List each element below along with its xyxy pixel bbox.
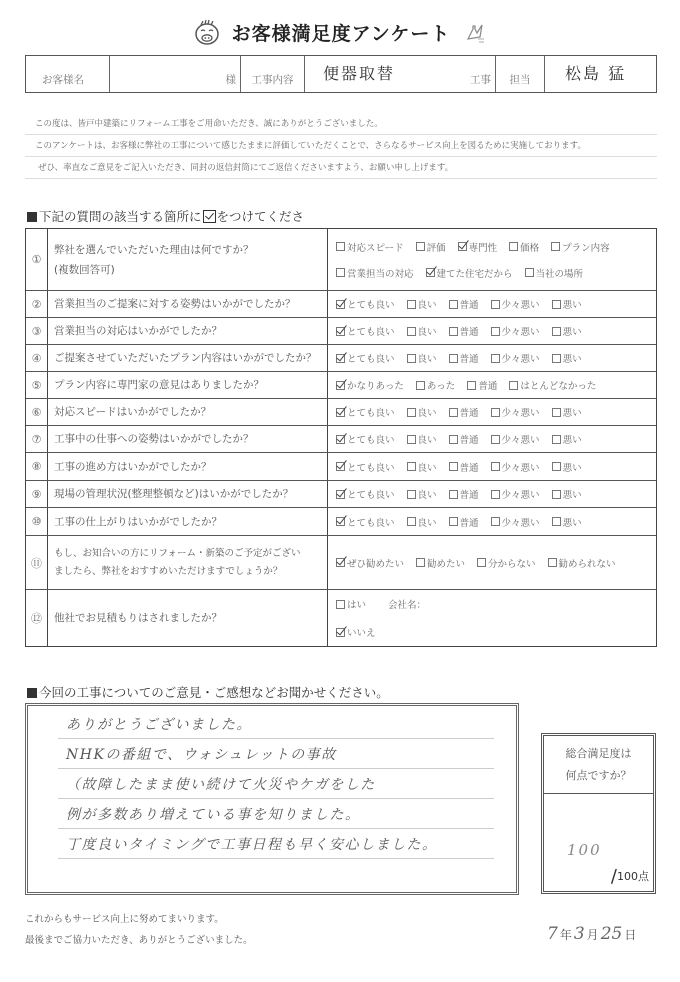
answer-options: はい 会社名： いいえ [328,590,656,646]
checkbox[interactable] [449,435,458,444]
bullet-square-icon [27,212,37,222]
bullet-square-icon [27,688,37,698]
question-text: ご提案させていただいたプラン内容はいかがでしたか？ [48,345,328,371]
comment-line-text: 丁度良いタイミングで工事日程も早く安心しました。 [66,834,437,854]
question-text: 対応スピードはいかがでしたか？ [48,399,328,425]
option-somewhat-bad[interactable]: 少々悪い [491,432,540,446]
question-row-4: ④ ご提案させていただいたプラン内容はいかがでしたか？ とても良い 良い 普通 … [26,345,656,372]
pig-mascot-icon [192,17,222,47]
question-row-9: ⑨ 現場の管理状況(整理整頓など)はいかがでしたか？ とても良い 良い 普通 少… [26,481,656,508]
date-month: 3 [574,924,585,944]
checkbox[interactable] [416,381,425,390]
ruled-line [58,738,494,739]
option-quite-a-lot[interactable]: かなりあった [336,378,404,392]
work-content-label: 工事内容 [241,72,304,87]
checkbox-checked[interactable] [426,268,435,277]
question-text: 営業担当の対応はいかがでしたか？ [48,318,328,344]
checkbox[interactable] [551,242,560,251]
option-very-good[interactable]: とても良い [336,405,395,419]
option-somewhat-bad[interactable]: 少々悪い [491,487,540,501]
footer-line-1: これからもサービス向上に努めてまいります。 [25,911,224,925]
question-text: 工事の進め方はいかがでしたか？ [48,453,328,480]
checkbox[interactable] [449,327,458,336]
option-somewhat-bad[interactable]: 少々悪い [491,515,540,529]
option-good[interactable]: 良い [407,405,437,419]
checkbox[interactable] [491,354,500,363]
question-text: 現場の管理状況(整理整頓など)はいかがでしたか？ [48,481,328,507]
option-no[interactable]: いいえ [336,625,376,639]
answer-options: とても良い 良い 普通 少々悪い 悪い [328,426,656,452]
question-row-1: ① 弊社を選んでいただいた理由は何ですか？ (複数回答可) 対応スピード 評価 … [26,229,656,291]
checkbox[interactable] [491,517,500,526]
option-expertise[interactable]: 専門性 [458,240,498,254]
staff-value: 松島 猛 [565,61,626,84]
comments-heading: 今回の工事についてのご意見・ご感想などお聞かせください。 [27,683,389,701]
staff-label-cell: 担当 [496,56,545,92]
question-text: プラン内容に専門家の意見はありましたか？ [48,372,328,398]
question-number: ⑧ [26,453,48,480]
work-content-value: 便器取替 [323,61,395,84]
answer-options: とても良い 良い 普通 少々悪い 悪い [328,508,656,535]
option-average[interactable]: 普通 [449,515,479,529]
option-somewhat-bad[interactable]: 少々悪い [491,351,540,365]
checkbox[interactable] [416,558,425,567]
intro-line: ぜひ、率直なご意見をご記入いただき、同封の返信封筒にてご返信くださいますよう、お… [25,157,657,179]
answer-options: とても良い 良い 普通 少々悪い 悪い [328,291,656,317]
survey-title: お客様満足度アンケート [232,19,451,46]
checkbox-checked[interactable] [336,354,345,363]
answer-options: とても良い 良い 普通 少々悪い 悪い [328,318,656,344]
option-price[interactable]: 価格 [509,240,539,254]
checkbox[interactable] [449,300,458,309]
intro-text: この度は、皆戸中建築にリフォーム工事をご用命いただき、誠にありがとうございました… [25,113,657,179]
checkbox[interactable] [449,462,458,471]
option-good[interactable]: 良い [407,351,437,365]
question-number: ⑩ [26,508,48,535]
option-bad[interactable]: 悪い [552,487,582,501]
question-row-3: ③ 営業担当の対応はいかがでしたか？ とても良い 良い 普通 少々悪い 悪い [26,318,656,345]
option-very-good[interactable]: とても良い [336,324,395,338]
option-average[interactable]: 普通 [449,297,479,311]
option-average[interactable]: 普通 [449,405,479,419]
checkbox[interactable] [407,408,416,417]
question-text: 弊社を選んでいただいた理由は何ですか？ (複数回答可) [48,229,328,290]
checkbox-checked[interactable] [336,327,345,336]
checkbox[interactable] [548,558,557,567]
question-row-12: ⑫ 他社でお見積もりはされましたか？ はい 会社名： いいえ [26,590,656,646]
checkbox[interactable] [552,517,561,526]
option-response-speed[interactable]: 対応スピード [336,240,404,254]
comment-line-text: （故障したまま使い続けて火災やケガをした [66,774,376,794]
option-good[interactable]: 良い [407,487,437,501]
checkbox[interactable] [552,462,561,471]
checkbox-checked[interactable] [336,558,345,567]
option-built-house[interactable]: 建てた住宅だから [426,266,513,280]
intro-line: このアンケートは、お客様に弊社の工事について感じたままに評価していただくことで、… [25,135,657,157]
checkbox[interactable] [509,381,518,390]
checkbox[interactable] [491,408,500,417]
ruled-line [58,798,494,799]
option-not-sure[interactable]: 分からない [477,556,536,570]
option-good[interactable]: 良い [407,297,437,311]
question-number: ⑥ [26,399,48,425]
checkbox-checked[interactable] [336,435,345,444]
checkbox[interactable] [336,600,345,609]
option-somewhat-bad[interactable]: 少々悪い [491,324,540,338]
question-row-2: ② 営業担当のご提案に対する姿勢はいかがでしたか？ とても良い 良い 普通 少々… [26,291,656,318]
option-good[interactable]: 良い [407,324,437,338]
question-text: 他社でお見積もりはされましたか？ [48,590,328,646]
checkbox-checked[interactable] [336,408,345,417]
question-row-8: ⑧ 工事の進め方はいかがでしたか？ とても良い 良い 普通 少々悪い 悪い [26,453,656,481]
answer-options: かなりあった あった 普通 はとんどなかった [328,372,656,398]
option-bad[interactable]: 悪い [552,324,582,338]
checkbox[interactable] [491,490,500,499]
question-number: ⑤ [26,372,48,398]
customer-name-label: お客様名 [42,72,84,87]
company-name-field[interactable] [426,597,546,611]
option-very-good[interactable]: とても良い [336,351,395,365]
ruled-line [58,858,494,859]
option-sales-response[interactable]: 営業担当の対応 [336,266,414,280]
checkbox[interactable] [552,490,561,499]
checkbox-checked[interactable] [336,462,345,471]
question-text: 営業担当のご提案に対する姿勢はいかがでしたか？ [48,291,328,317]
checkbox[interactable] [407,435,416,444]
question-number: ③ [26,318,48,344]
score-value[interactable]: 100 [567,841,602,859]
comment-line-text: ありがとうございました。 [66,714,252,734]
option-bad[interactable]: 悪い [552,351,582,365]
checkbox[interactable] [467,381,476,390]
checkbox[interactable] [552,435,561,444]
option-bad[interactable]: 悪い [552,460,582,474]
checkbox[interactable] [416,242,425,251]
question-number: ④ [26,345,48,371]
question-row-10: ⑩ 工事の仕上がりはいかがでしたか？ とても良い 良い 普通 少々悪い 悪い [26,508,656,536]
company-name-label: 会社名： [388,597,426,611]
question-number: ② [26,291,48,317]
customer-info-table: お客様名 様 工事内容 便器取替 工事 担当 松島 猛 [25,55,657,93]
option-definitely-recommend[interactable]: ぜひ勧めたい [336,556,404,570]
question-number: ⑫ [26,590,48,646]
option-average[interactable]: 普通 [449,460,479,474]
date-day: 25 [601,924,623,944]
customer-suffix: 様 [226,72,237,87]
question-number: ⑦ [26,426,48,452]
option-bad[interactable]: 悪い [552,515,582,529]
intro-line: この度は、皆戸中建築にリフォーム工事をご用命いただき、誠にありがとうございました… [25,113,657,135]
checkbox[interactable] [491,327,500,336]
checkbox[interactable] [407,490,416,499]
checkbox[interactable] [449,354,458,363]
option-very-good[interactable]: とても良い [336,515,395,529]
option-very-good[interactable]: とても良い [336,432,395,446]
option-very-good[interactable]: とても良い [336,297,395,311]
option-bad[interactable]: 悪い [552,297,582,311]
answer-options: とても良い 良い 普通 少々悪い 悪い [328,453,656,480]
customer-name-label-cell: お客様名 [26,56,110,92]
answer-options: とても良い 良い 普通 少々悪い 悪い [328,399,656,425]
option-average[interactable]: 普通 [449,351,479,365]
option-company-location[interactable]: 当社の場所 [525,266,584,280]
checkbox[interactable] [407,462,416,471]
option-good[interactable]: 良い [407,432,437,446]
ruled-line [58,768,494,769]
checkbox-checked[interactable] [336,490,345,499]
option-reputation[interactable]: 評価 [416,240,446,254]
checkbox[interactable] [525,268,534,277]
checkbox[interactable] [449,408,458,417]
checkbox-checked[interactable] [336,381,345,390]
option-recommend[interactable]: 勧めたい [416,556,465,570]
checkbox[interactable] [491,462,500,471]
footer-line-2: 最後までご協力いただき、ありがとうございました。 [25,932,253,946]
option-somewhat-bad[interactable]: 少々悪い [491,297,540,311]
comment-line-text: NHKの番組で、ウォシュレットの事故 [66,744,337,764]
survey-title-bar: お客様満足度アンケート [0,14,680,50]
work-content-field[interactable]: 便器取替 工事 [305,56,496,92]
checkbox[interactable] [407,517,416,526]
comments-field[interactable]: ありがとうございました。 NHKの番組で、ウォシュレットの事故 （故障したまま使… [25,703,519,895]
option-somewhat-bad[interactable]: 少々悪い [491,405,540,419]
option-good[interactable]: 良い [407,515,437,529]
checkbox[interactable] [552,354,561,363]
question-row-5: ⑤ プラン内容に専門家の意見はありましたか？ かなりあった あった 普通 はとん… [26,372,656,399]
option-yes[interactable]: はい [336,597,366,611]
checkbox-checked[interactable] [336,300,345,309]
date-field[interactable]: 7 年 3 月 25 日 [545,924,636,944]
staff-field[interactable]: 松島 猛 [545,56,656,92]
option-hardly-any[interactable]: はとんどなかった [509,378,596,392]
answer-options: ぜひ勧めたい 勧めたい 分からない 勧められない [328,536,656,589]
question-number: ⑨ [26,481,48,507]
checkbox[interactable] [509,242,518,251]
question-text: 工事中の仕事への姿勢はいかがでしたか？ [48,426,328,452]
option-average[interactable]: 普通 [467,378,497,392]
option-bad[interactable]: 悪い [552,405,582,419]
option-some[interactable]: あった [416,378,455,392]
work-content-label-cell: 工事内容 [241,56,305,92]
checkbox[interactable] [491,435,500,444]
question-row-6: ⑥ 対応スピードはいかがでしたか？ とても良い 良い 普通 少々悪い 悪い [26,399,656,426]
option-somewhat-bad[interactable]: 少々悪い [491,460,540,474]
checkbox[interactable] [407,327,416,336]
checkbox-checked[interactable] [458,242,467,251]
customer-name-field[interactable]: 様 [110,56,241,92]
checkbox[interactable] [552,408,561,417]
questions-heading: 下記の質問の該当する箇所にをつけてくださ [27,207,304,225]
option-average[interactable]: 普通 [449,432,479,446]
checkbox[interactable] [449,517,458,526]
date-year: 7 [547,924,558,944]
ruled-line [58,828,494,829]
answer-options: とても良い 良い 普通 少々悪い 悪い [328,481,656,507]
option-good[interactable]: 良い [407,460,437,474]
checkbox[interactable] [552,300,561,309]
overall-score-box: 総合満足度は 何点ですか？ 100 /100点 [541,733,656,894]
option-bad[interactable]: 悪い [552,432,582,446]
answer-options: 対応スピード 評価 専門性 価格 プラン内容 営業担当の対応 建てた住宅だから … [328,229,656,290]
question-row-7: ⑦ 工事中の仕事への姿勢はいかがでしたか？ とても良い 良い 普通 少々悪い 悪… [26,426,656,453]
checkbox[interactable] [491,300,500,309]
staff-label: 担当 [496,72,544,87]
question-number: ⑪ [26,536,48,589]
question-text: もし、お知合いの方にリフォーム・新築のご予定がござい ましたら、弊社をおすすめい… [48,536,328,589]
question-row-11: ⑪ もし、お知合いの方にリフォーム・新築のご予定がござい ましたら、弊社をおすす… [26,536,656,590]
checkbox[interactable] [477,558,486,567]
questions-table: ① 弊社を選んでいただいた理由は何ですか？ (複数回答可) 対応スピード 評価 … [25,228,657,647]
checkbox[interactable] [449,490,458,499]
checkbox[interactable] [407,300,416,309]
option-average[interactable]: 普通 [449,487,479,501]
question-text: 工事の仕上がりはいかがでしたか？ [48,508,328,535]
score-max: /100点 [611,866,649,887]
checkbox[interactable] [336,268,345,277]
option-very-good[interactable]: とても良い [336,460,395,474]
checkbox[interactable] [336,242,345,251]
comment-line-text: 例が多数あり増えている事を知りました。 [66,804,361,824]
fairy-icon [462,19,488,45]
option-very-good[interactable]: とても良い [336,487,395,501]
answer-options: とても良い 良い 普通 少々悪い 悪い [328,345,656,371]
work-suffix: 工事 [470,72,491,87]
option-plan-content[interactable]: プラン内容 [551,240,610,254]
score-question: 総合満足度は 何点ですか？ [544,736,653,794]
checkbox-checked[interactable] [336,628,345,637]
question-number: ① [26,229,48,290]
checkbox[interactable] [407,354,416,363]
checkbox-checked[interactable] [336,517,345,526]
option-cannot-recommend[interactable]: 勧められない [548,556,616,570]
option-average[interactable]: 普通 [449,324,479,338]
checkbox-checked-icon [203,210,216,223]
checkbox[interactable] [552,327,561,336]
